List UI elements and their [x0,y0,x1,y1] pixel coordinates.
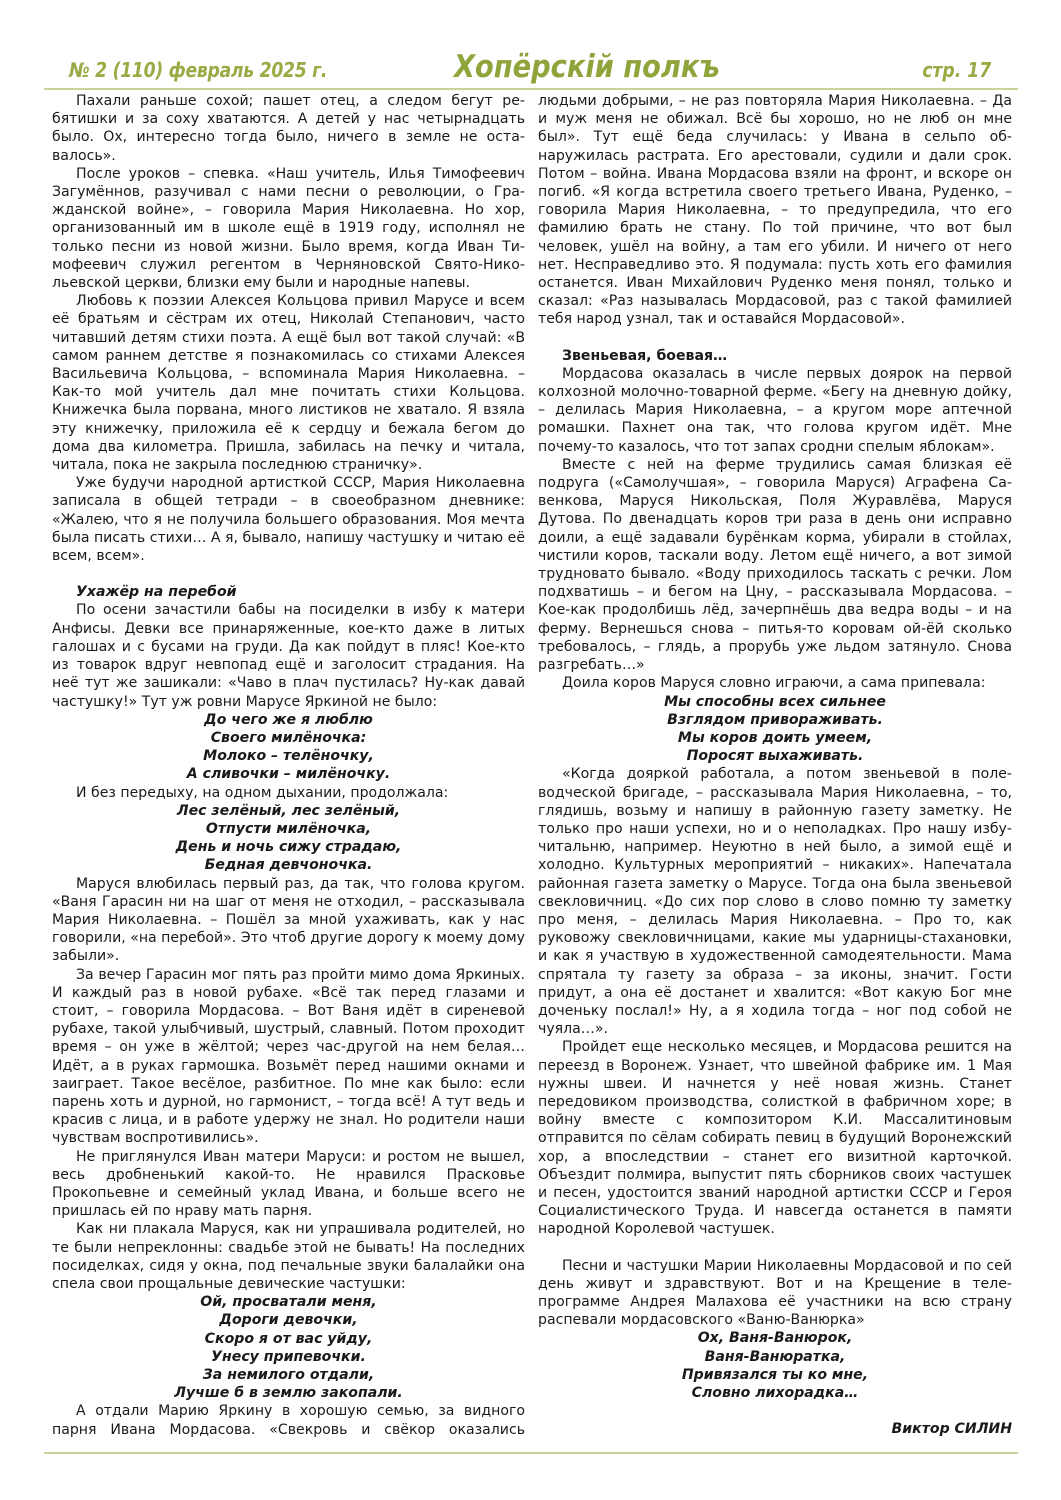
verse-line: Привязался ты ко мне, [538,1366,1012,1384]
paragraph: Любовь к поэзии Алексея Кольцова привил … [52,292,525,474]
spacer [52,565,525,583]
paragraph: А отдали Марию Яркину в хорошую семью, з… [52,1402,525,1438]
verse: Лес зелёный, лес зелёный, Отпусти милёно… [52,802,525,875]
verse-line: Дороги девочки, [52,1311,525,1329]
author-signature: Виктор СИЛИН [538,1420,1012,1438]
paragraph: Вместе с ней на ферме трудились самая бл… [538,456,1012,674]
verse: До чего же я люблю Своего милёночка: Мол… [52,711,525,784]
section-heading: Ухажёр на перебой [52,583,525,601]
verse-line: Поросят выхаживать. [538,747,1012,765]
verse-line: Ой, просватали меня, [52,1293,525,1311]
newspaper-title: Хопёрскій полкъ [454,49,720,85]
verse-line: За немилого отдали, [52,1366,525,1384]
paragraph: Пройдет еще несколько месяцев, и Мордасо… [538,1038,1012,1238]
verse-line: Мы способны всех сильнее [538,693,1012,711]
paragraph: Маруся влюбилась первый раз, да так, что… [52,875,525,966]
verse-line: Взглядом привораживать. [538,711,1012,729]
page-header: № 2 (110) февраль 2025 г. Хопёрскій полк… [44,52,1018,88]
verse: Мы способны всех сильнее Взглядом привор… [538,693,1012,766]
paragraph: людьми добрыми, – не раз повторяла Мария… [538,92,1012,329]
paragraph: Не приглянулся Иван матери Маруси: и рос… [52,1148,525,1221]
verse-line: Скоро я от вас уйду, [52,1330,525,1348]
paragraph: Пахали раньше сохой; пашет отец, а следо… [52,92,525,165]
paragraph: Мордасова оказалась в числе первых дояро… [538,365,1012,456]
verse-line: Ох, Ваня-Ванюрок, [538,1329,1012,1347]
verse-line: Словно лихорадка… [538,1384,1012,1402]
paragraph: Как ни плакала Маруся, как ни упрашивала… [52,1220,525,1293]
verse-line: Унесу припевочки. [52,1348,525,1366]
paragraph: За вечер Гарасин мог пять раз пройти мим… [52,966,525,1148]
paragraph: «Когда дояркой работала, а потом звеньев… [538,765,1012,1038]
verse-line: Лучше б в землю закопали. [52,1384,525,1402]
verse-line: День и ночь сижу страдаю, [52,838,525,856]
page-number: стр. 17 [922,58,991,82]
verse: Ой, просватали меня, Дороги девочки, Ско… [52,1293,525,1402]
spacer [538,1402,1012,1420]
paragraph: После уроков – спевка. «Наш учитель, Иль… [52,165,525,292]
verse-line: Молоко – телёночку, [52,747,525,765]
verse-line: Мы коров доить умеем, [538,729,1012,747]
verse-line: До чего же я люблю [52,711,525,729]
paragraph: И без передыху, на одном дыхании, продол… [52,784,525,802]
right-column: людьми добрыми, – не раз повторяла Мария… [538,92,1012,1438]
paragraph: Уже будучи народной артисткой СССР, Мари… [52,474,525,565]
verse-line: А сливочки – милёночку. [52,765,525,783]
spacer [538,329,1012,347]
verse-line: Отпусти милёночка, [52,820,525,838]
header-divider [44,88,1018,90]
paragraph: Песни и частушки Марии Николаевны Мордас… [538,1257,1012,1330]
left-column: Пахали раньше сохой; пашет отец, а следо… [52,92,525,1439]
verse-line: Лес зелёный, лес зелёный, [52,802,525,820]
issue-number: № 2 (110) февраль 2025 г. [69,58,327,82]
spacer [538,1239,1012,1257]
paragraph: Доила коров Маруся словно играючи, а сам… [538,674,1012,692]
verse-line: Ваня-Ванюратка, [538,1348,1012,1366]
verse-line: Бедная девчоночка. [52,856,525,874]
footer-divider [44,1452,1018,1454]
section-heading: Звеньевая, боевая… [538,347,1012,365]
verse-line: Своего милёночка: [52,729,525,747]
verse: Ох, Ваня-Ванюрок, Ваня-Ванюратка, Привяз… [538,1329,1012,1402]
paragraph: По осени зачастили бабы на посиделки в и… [52,601,525,710]
